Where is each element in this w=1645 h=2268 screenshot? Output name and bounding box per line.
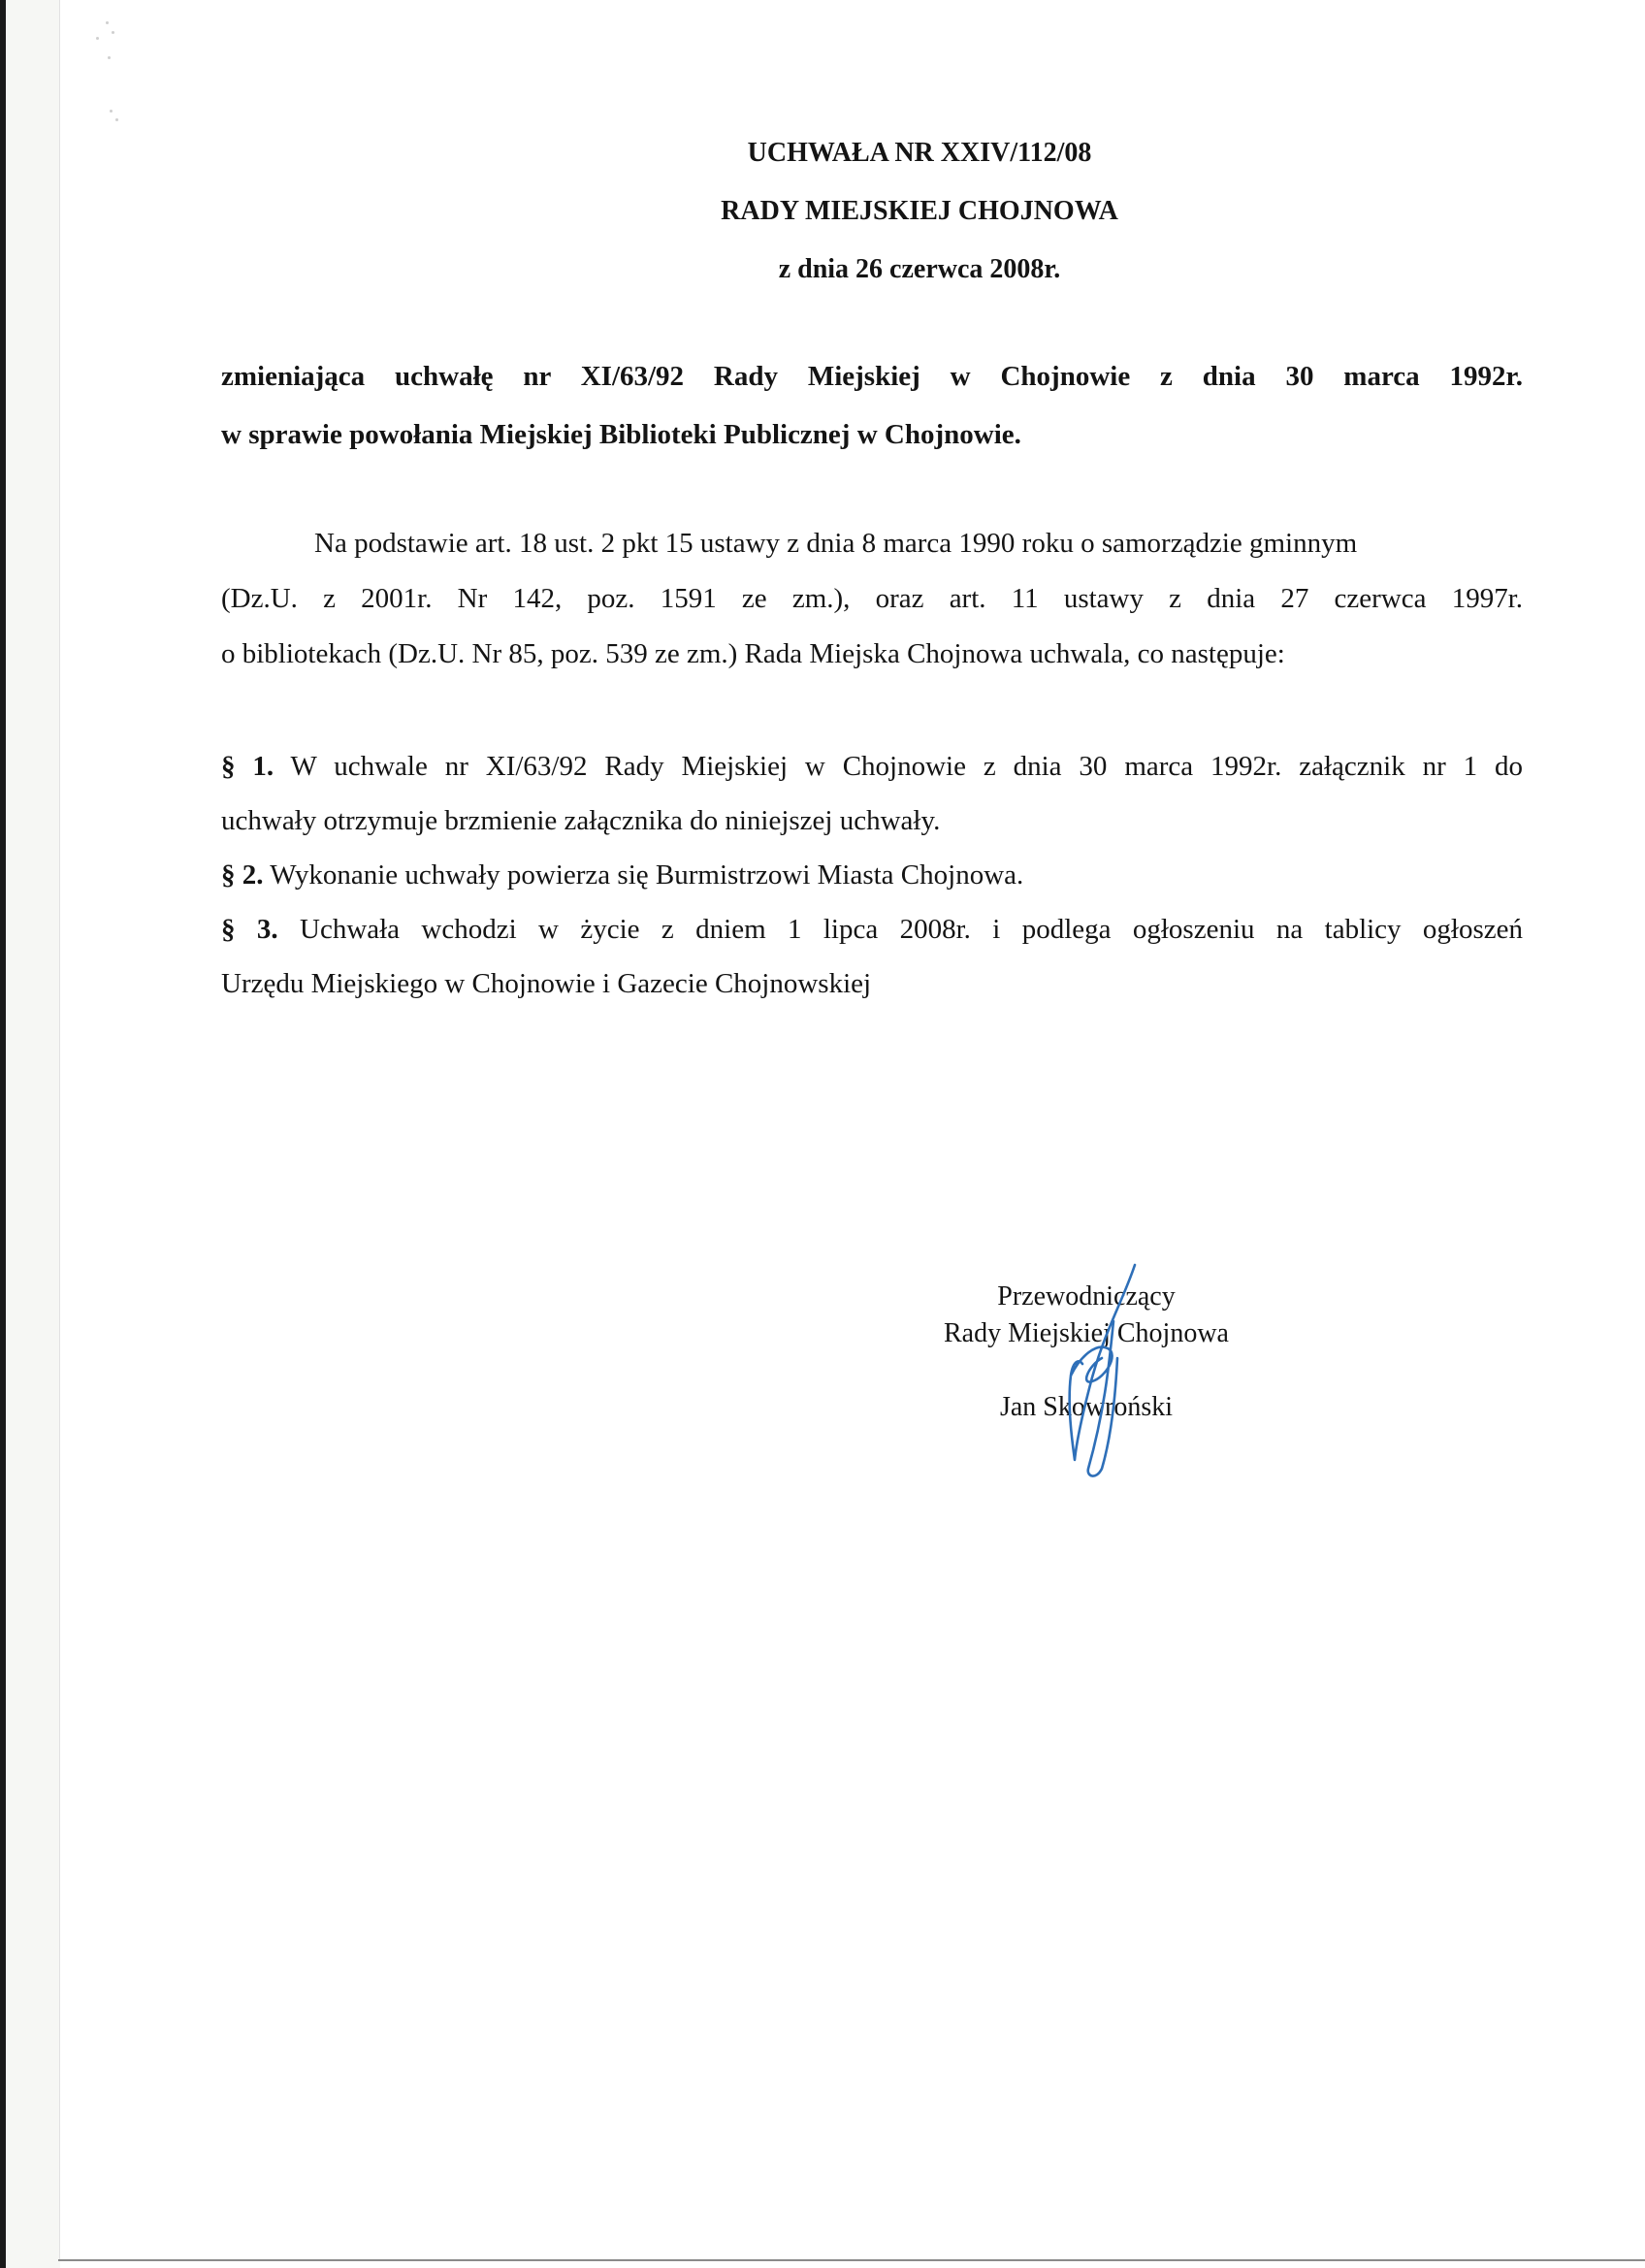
scan-margin xyxy=(6,0,60,2268)
section-1-number: § 1. xyxy=(221,751,274,782)
scan-smudge xyxy=(92,17,131,134)
preamble-line-3: o bibliotekach (Dz.U. Nr 85, poz. 539 ze… xyxy=(221,627,1523,682)
section-1-line-2: uchwały otrzymuje brzmienie załącznika d… xyxy=(221,794,1523,848)
section-3-number: § 3. xyxy=(221,914,278,945)
page-edge-left xyxy=(59,0,60,2260)
section-2: § 2. Wykonanie uchwały powierza się Burm… xyxy=(221,848,1523,902)
page-edge-bottom xyxy=(58,2259,1645,2261)
council-name: RADY MIEJSKIEJ CHOJNOWA xyxy=(194,182,1645,241)
section-1-line-1: § 1. W uchwale nr XI/63/92 Rady Miejskie… xyxy=(221,739,1523,794)
section-3-text: Uchwała wchodzi w życie z dniem 1 lipca … xyxy=(300,914,1523,945)
document-header: UCHWAŁA NR XXIV/112/08 RADY MIEJSKIEJ CH… xyxy=(0,124,1645,299)
handwritten-signature-icon xyxy=(1038,1261,1164,1484)
legal-basis-paragraph: Na podstawie art. 18 ust. 2 pkt 15 ustaw… xyxy=(221,516,1523,682)
subject-line-1: zmieniająca uchwałę nr XI/63/92 Rady Mie… xyxy=(221,347,1523,405)
preamble-line-2: (Dz.U. z 2001r. Nr 142, poz. 1591 ze zm.… xyxy=(221,571,1523,627)
section-2-number: § 2. xyxy=(221,859,264,891)
section-3-line-1: § 3. Uchwała wchodzi w życie z dniem 1 l… xyxy=(221,902,1523,956)
resolution-sections: § 1. W uchwale nr XI/63/92 Rady Miejskie… xyxy=(221,739,1523,1011)
resolution-number: UCHWAŁA NR XXIV/112/08 xyxy=(194,124,1645,182)
resolution-date: z dnia 26 czerwca 2008r. xyxy=(194,241,1645,299)
section-3-line-2: Urzędu Miejskiego w Chojnowie i Gazecie … xyxy=(221,956,1523,1011)
section-2-text: Wykonanie uchwały powierza się Burmistrz… xyxy=(270,859,1023,891)
preamble-line-1: Na podstawie art. 18 ust. 2 pkt 15 ustaw… xyxy=(221,516,1523,571)
section-1-text: W uchwale nr XI/63/92 Rady Miejskiej w C… xyxy=(291,751,1524,782)
resolution-subject: zmieniająca uchwałę nr XI/63/92 Rady Mie… xyxy=(221,347,1523,464)
subject-line-2: w sprawie powołania Miejskiej Biblioteki… xyxy=(221,405,1523,464)
